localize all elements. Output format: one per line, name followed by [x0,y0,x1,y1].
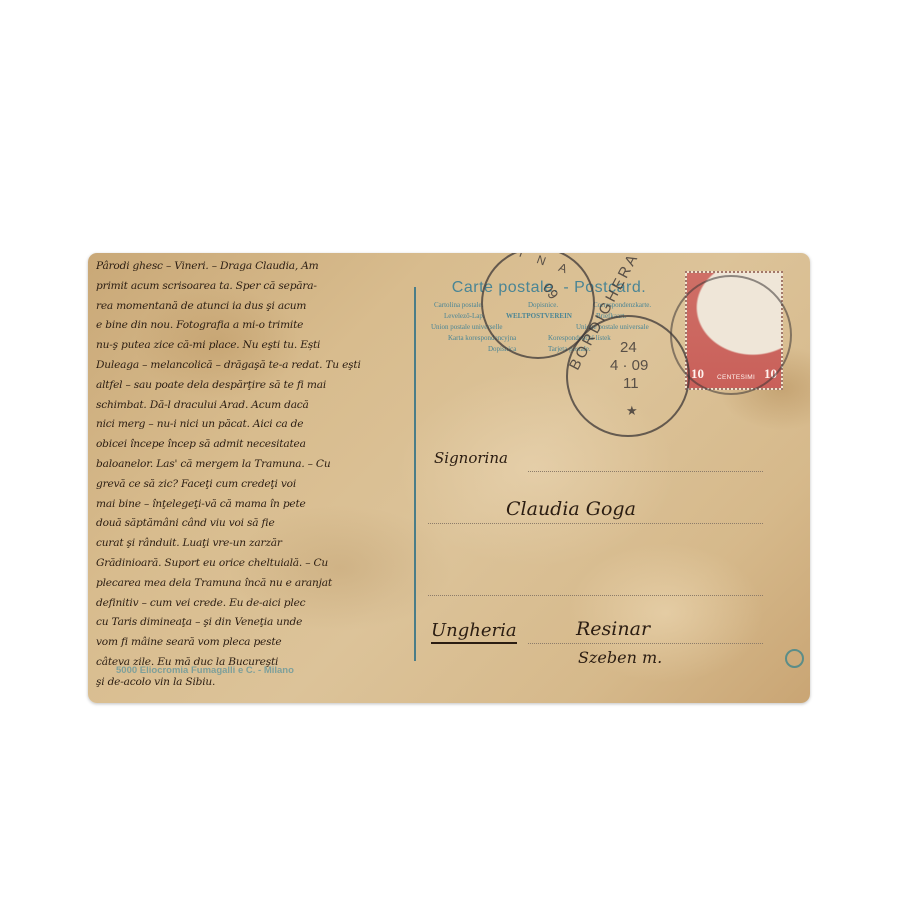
address-line [428,523,763,524]
handwritten-message: Pârodi ghesc – Vineri. – Draga Claudia, … [96,257,414,693]
message-line: cu Taris dimineaţa – şi din Veneţia unde [96,613,414,633]
printer-imprint: 5000 Eliocromia Fumagalli e C. - Milano [116,665,294,676]
message-line: rea momentană de atunci ia dus şi acum [96,297,414,317]
message-line: curat şi rânduit. Luaţi vre-un zarzăr [96,534,414,554]
translation: Cartolina postale. [434,301,483,309]
destination-town: Resinar [576,618,650,640]
destination-country: Ungheria [431,620,517,644]
publisher-logo-icon [785,649,804,668]
recipient-name: Claudia Goga [506,498,636,520]
message-line: definitiv – cum vei crede. Eu de-aici pl… [96,594,414,614]
postmark-overlap [670,275,792,395]
message-line: vom fi mâine seară vom pleca peste [96,633,414,653]
message-line: obicei începe încep să admit necesitatea [96,435,414,455]
postmark-date-3: 11 [623,375,639,392]
message-line: baloanelor. Las' că mergem la Tramuna. –… [96,455,414,475]
salutation: Signorina [434,449,508,467]
message-line: nu-ş putea zice că-mi place. Nu eşti tu.… [96,336,414,356]
address-line [428,595,763,596]
message-line: Grădinioară. Suport eu orice cheltuială.… [96,554,414,574]
address-line [528,471,763,472]
message-line: nici merg – nu-i nici un păcat. Aici ca … [96,415,414,435]
message-line: primit acum scrisoarea ta. Sper că sepăr… [96,277,414,297]
translation: Levelező-Lap. [444,312,485,320]
message-line: grevă ce să zic? Faceţi cum credeţi voi [96,475,414,495]
star-icon: ★ [626,403,638,419]
message-line: mai bine – înţelegeţi-vă că mama în pete [96,495,414,515]
message-line: Duleaga – melancolică – drăgaşă te-a red… [96,356,414,376]
message-line: două săptămâni când viu voi să fie [96,514,414,534]
destination-county: Szeben m. [578,648,662,667]
divider-line [414,287,416,661]
postmark-date-2: 4 · 09 [610,357,648,374]
message-line: e bine din nou. Fotografia a mi-o trimit… [96,316,414,336]
message-line: plecarea mea dela Tramuna încă nu e aran… [96,574,414,594]
postmark-date-1: 24 [620,339,637,356]
address-line [528,643,763,644]
postcard: Pârodi ghesc – Vineri. – Draga Claudia, … [88,253,810,703]
message-line: Pârodi ghesc – Vineri. – Draga Claudia, … [96,257,414,277]
message-line: schimbat. Dă-l dracului Arad. Acum dacă [96,396,414,416]
message-line: altfel – sau poate dela despărţire să te… [96,376,414,396]
